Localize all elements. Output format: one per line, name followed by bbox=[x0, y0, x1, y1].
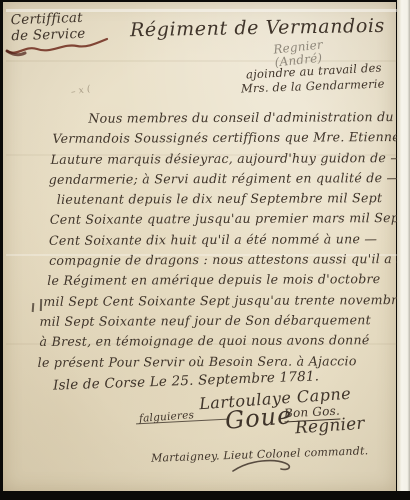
red-underline-flourish bbox=[3, 35, 113, 61]
body-line: Lauture marquis désieyrac, aujourd'huy g… bbox=[51, 148, 397, 170]
signature-regnier: Regnier bbox=[294, 414, 365, 439]
body-line: à Brest, en témoignage de quoi nous avon… bbox=[39, 330, 397, 352]
document-title: Régiment de Vermandois bbox=[130, 15, 385, 41]
body-line: Cent Soixante quatre jusqu'au premier ma… bbox=[50, 209, 397, 231]
manuscript-paper: Certifficat de Service Régiment de Verma… bbox=[3, 2, 396, 491]
body-line: mil Sept Cent Soixante Sept jusqu'au tre… bbox=[43, 290, 397, 312]
body-text: Nous membres du conseil d'administration… bbox=[36, 107, 397, 373]
signature-tail-flourish bbox=[231, 457, 301, 475]
margin-tick bbox=[32, 303, 34, 312]
body-line: Cent Soixante dix huit qu'il a été nommé… bbox=[49, 229, 397, 251]
body-line: mil Sept Soixante neuf jour de Son débar… bbox=[39, 310, 397, 332]
photo-right-edge bbox=[397, 0, 410, 491]
body-line: compagnie de dragons : nous attestons au… bbox=[49, 249, 397, 271]
body-line: lieutenant depuis le dix neuf Septembre … bbox=[57, 188, 397, 210]
body-line: Vermandois Soussignés certiffions que Mr… bbox=[52, 127, 396, 149]
photo-frame: Certifficat de Service Régiment de Verma… bbox=[0, 0, 410, 500]
body-line: Nous membres du conseil d'administration… bbox=[88, 107, 396, 129]
body-line: le Régiment en amérique depuis le mois d… bbox=[47, 269, 397, 291]
signature-goue: Goue bbox=[224, 401, 293, 435]
ink-smudge: – x ( bbox=[70, 84, 91, 97]
body-line: le présent Pour Servir où Besoin Sera. à… bbox=[38, 351, 398, 373]
body-line: gendarmerie; à Servi audit régiment en q… bbox=[49, 168, 397, 190]
